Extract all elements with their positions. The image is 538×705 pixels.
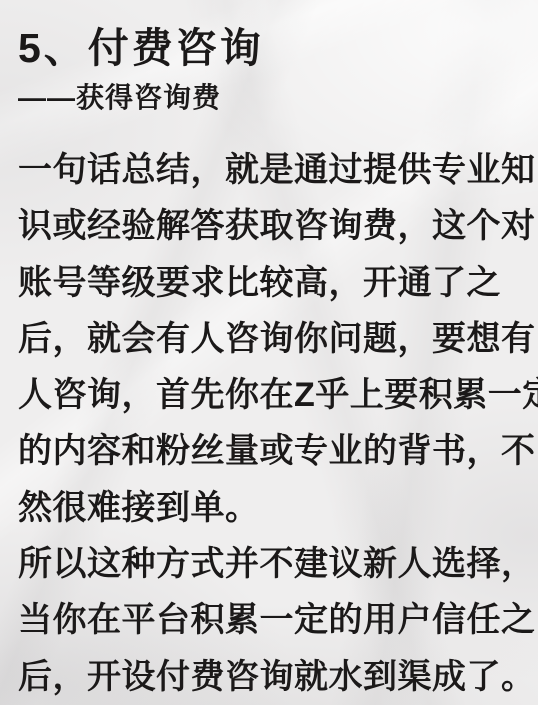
body-line: 一句话总结，就是通过提供专业知 <box>18 142 522 198</box>
body-line: 识或经验解答获取咨询费，这个对 <box>18 198 522 254</box>
body-line: 账号等级要求比较高，开通了之 <box>18 255 522 311</box>
page-subtitle: ——获得咨询费 <box>18 83 522 113</box>
body-line: 人咨询，首先你在Z乎上要积累一定 <box>18 367 522 423</box>
paper-background: 5、付费咨询 ——获得咨询费 一句话总结，就是通过提供专业知 识或经验解答获取咨… <box>0 0 538 705</box>
body-line: 然很难接到单。 <box>18 480 522 536</box>
page-title: 5、付费咨询 <box>18 26 522 70</box>
body-text: 一句话总结，就是通过提供专业知 识或经验解答获取咨询费，这个对 账号等级要求比较… <box>18 142 522 705</box>
body-line: 的内容和粉丝量或专业的背书，不 <box>18 423 522 479</box>
body-line: 所以这种方式并不建议新人选择， <box>18 536 522 592</box>
body-line: 当你在平台积累一定的用户信任之 <box>18 592 522 648</box>
body-line: 后，就会有人咨询你问题，要想有 <box>18 311 522 367</box>
body-line: 后，开设付费咨询就水到渠成了。 <box>18 649 522 705</box>
